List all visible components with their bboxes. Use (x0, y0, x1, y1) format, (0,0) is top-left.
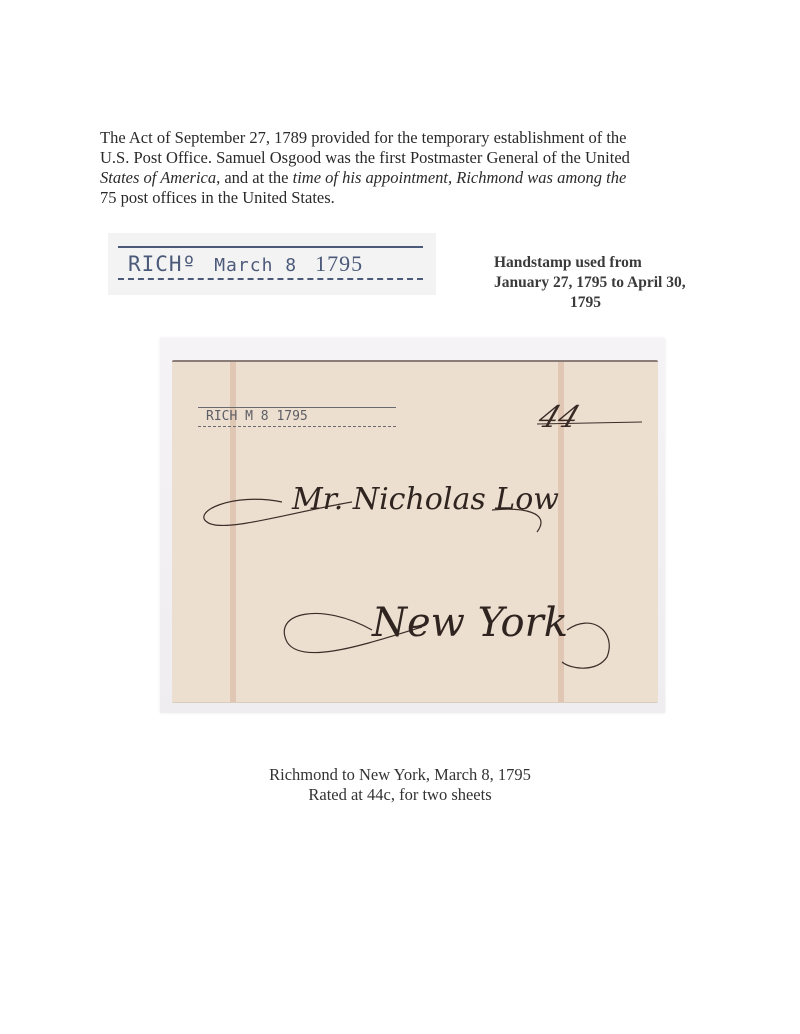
handstamp-year: 1795 (315, 251, 363, 276)
note-line-2: January 27, 1795 to April 30, (494, 273, 784, 293)
handstamp-date: March 8 (214, 255, 297, 276)
note-line-1: Handstamp used from (494, 253, 784, 273)
stampless-cover: RICH M 8 1795 44 Mr. Nicholas Low New Yo… (172, 360, 658, 703)
intro-plain: , and at the (216, 168, 293, 187)
intro-line-4: 75 post offices in the United States. (100, 188, 720, 208)
handstamp-illustration: RICHºMarch 81795 (108, 233, 436, 295)
intro-italic-a: States of America (100, 168, 216, 187)
handstamp-text: RICHºMarch 81795 (128, 251, 363, 277)
handstamp-town: RICHº (128, 252, 196, 276)
addressee: Mr. Nicholas Low (292, 482, 559, 517)
intro-paragraph: The Act of September 27, 1789 provided f… (100, 128, 720, 208)
destination: New York (372, 600, 568, 646)
note-line-3: 1795 (494, 293, 784, 313)
handstamp-note: Handstamp used from January 27, 1795 to … (494, 253, 784, 313)
caption: Richmond to New York, March 8, 1795 Rate… (0, 765, 800, 805)
intro-line-3: States of America, and at the time of hi… (100, 168, 720, 188)
intro-line-2: U.S. Post Office. Samuel Osgood was the … (100, 148, 720, 168)
intro-italic-b: time of his appointment, Richmond was am… (293, 168, 627, 187)
flourish-strokes (172, 362, 658, 702)
caption-line-2: Rated at 44c, for two sheets (0, 785, 800, 805)
caption-line-1: Richmond to New York, March 8, 1795 (0, 765, 800, 785)
intro-line-1: The Act of September 27, 1789 provided f… (100, 128, 720, 148)
